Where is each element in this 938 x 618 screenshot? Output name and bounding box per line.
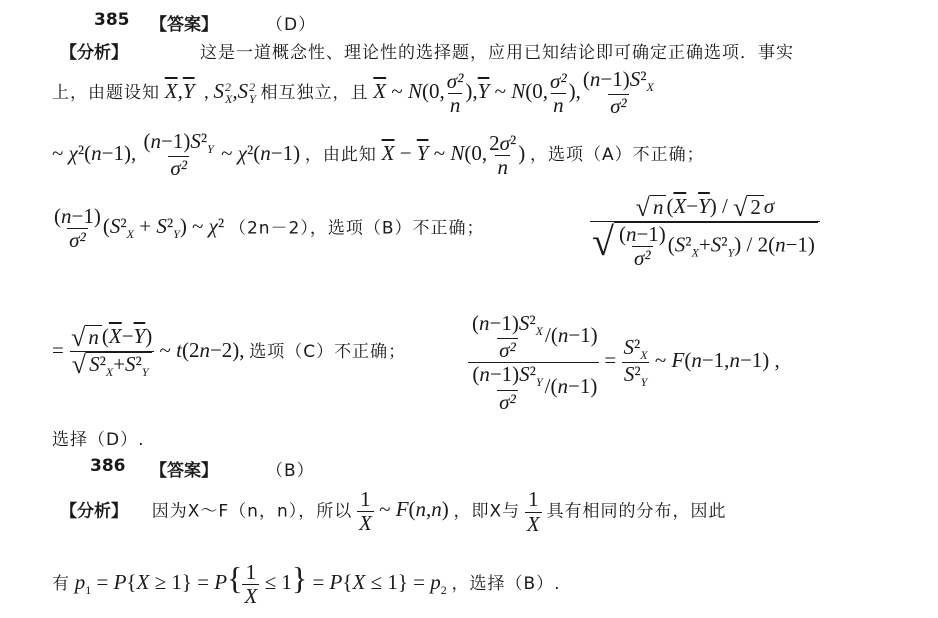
problem-number-385: 385 — [94, 10, 130, 30]
line-2-386: 有 p1 = P{X ≥ 1} = P{1X ≤ 1} = P{X ≤ 1} =… — [52, 560, 561, 608]
answer-label-386: 【答案】 — [150, 456, 218, 481]
line-3-385: ~ χ²(n−1), (n−1)S²Yσ² ~ χ²(n−1) ，由此知 X −… — [52, 130, 705, 180]
line-4-385: (n−1)σ²(S²X + S²Y) ~ χ² （2n－2），选项（B）不正确； — [52, 205, 485, 252]
analysis-386: 【分析】 因为X～F（n，n），所以 1X ~ F(n,n) ，即X与 1X 具… — [60, 488, 727, 536]
answer-value-386: （B） — [266, 456, 315, 481]
line-2-385: 上，由题设知 X,Y , S2X,S2Y 相互独立，且 X ~ N(0,σ²n)… — [52, 68, 656, 118]
answer-value-385: （D） — [266, 10, 316, 35]
analysis-label-385: 【分析】 — [60, 38, 128, 63]
ratio-expression-385: √n(X−Y) / √2σ√(n−1)σ²(S²X+S²Y) / 2(n−1) — [590, 195, 820, 270]
problem-number-386: 386 — [90, 456, 126, 476]
analysis-intro-385: 这是一道概念性、理论性的选择题，应用已知结论即可确定正确选项．事实 — [200, 38, 794, 63]
answer-label-385: 【答案】 — [150, 10, 218, 35]
conclusion-385: 选择（D）. — [52, 425, 145, 450]
f-ratio-expression-385: (n−1)S²Xσ²/(n−1)(n−1)S²Yσ²/(n−1) = S²XS²… — [468, 312, 780, 414]
line-5-385: = √n(X−Y)√S²X+S²Y ~ t(2n−2), 选项（C）不正确； — [52, 325, 406, 380]
